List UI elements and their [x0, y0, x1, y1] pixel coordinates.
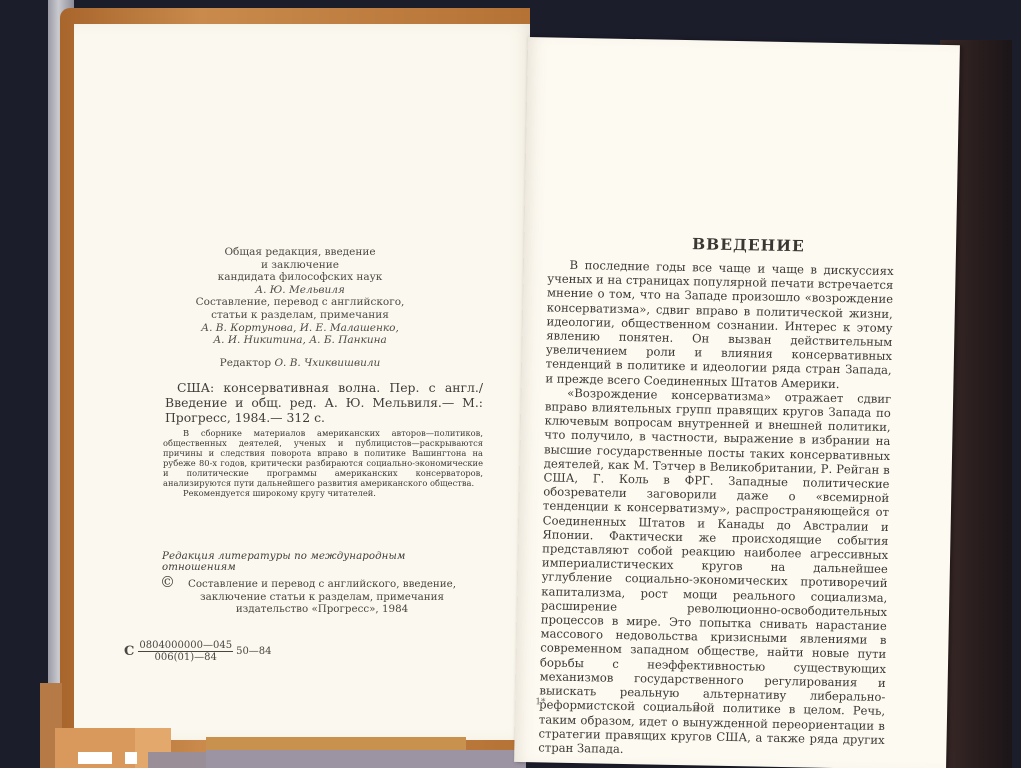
catalog-denominator: 006(01)—84	[154, 652, 218, 663]
credits-line: статьи к разделам, примечания	[150, 309, 450, 322]
copyright-icon: ©	[160, 576, 175, 589]
chapter-heading: ВВЕДЕНИЕ	[692, 234, 805, 255]
signature-mark: 1*	[535, 697, 545, 707]
copyright-block: © Составление и перевод с английского, в…	[160, 578, 460, 616]
catalog-suffix: 50—84	[236, 646, 271, 657]
general-editor-name: А. Ю. Мельвиля	[150, 284, 450, 297]
editor-name: О. В. Чхиквишвили	[274, 357, 380, 369]
credits-line: Составление, перевод с английского,	[150, 296, 450, 309]
annotation-recommendation: Рекомендуется широкому кругу читателей.	[163, 488, 483, 498]
page-number: 3	[693, 700, 700, 713]
catalog-code: С 0804000000—045 006(01)—84 50—84	[124, 640, 272, 663]
redaction-line: Редакция литературы по международным отн…	[162, 551, 482, 573]
annotation-text: В сборнике материалов американских автор…	[163, 428, 483, 488]
editor-line: Редактор О. В. Чхиквишвили	[150, 357, 450, 370]
chapter-body: В последние годы все чаще и чаще в диску…	[538, 257, 893, 761]
credits-line: кандидата философских наук	[150, 271, 450, 284]
bibliographic-entry: США: консервативная волна. Пер. с англ./…	[165, 380, 483, 425]
right-page: ВВЕДЕНИЕ В последние годы все чаще и чащ…	[514, 37, 960, 768]
credits-line: Общая редакция, введение	[150, 246, 450, 259]
paragraph: В последние годы все чаще и чаще в диску…	[545, 257, 893, 391]
credits-line: и заключение	[150, 259, 450, 272]
catalog-fraction: 0804000000—045 006(01)—84	[138, 640, 233, 663]
catalog-letter: С	[124, 644, 134, 659]
annotation: В сборнике материалов американских автор…	[163, 428, 483, 498]
credits-block: Общая редакция, введение и заключение ка…	[150, 246, 450, 369]
translators-names: А. В. Кортунова, И. Е. Малашенко,	[150, 322, 450, 335]
editor-label: Редактор	[220, 357, 271, 369]
translators-names: А. И. Никитина, А. Б. Панкина	[150, 334, 450, 347]
catalog-numerator: 0804000000—045	[138, 640, 233, 652]
copyright-text: Составление и перевод с английского, вве…	[160, 578, 460, 616]
paragraph: «Возрождение консерватизма» отражает сдв…	[538, 385, 891, 761]
